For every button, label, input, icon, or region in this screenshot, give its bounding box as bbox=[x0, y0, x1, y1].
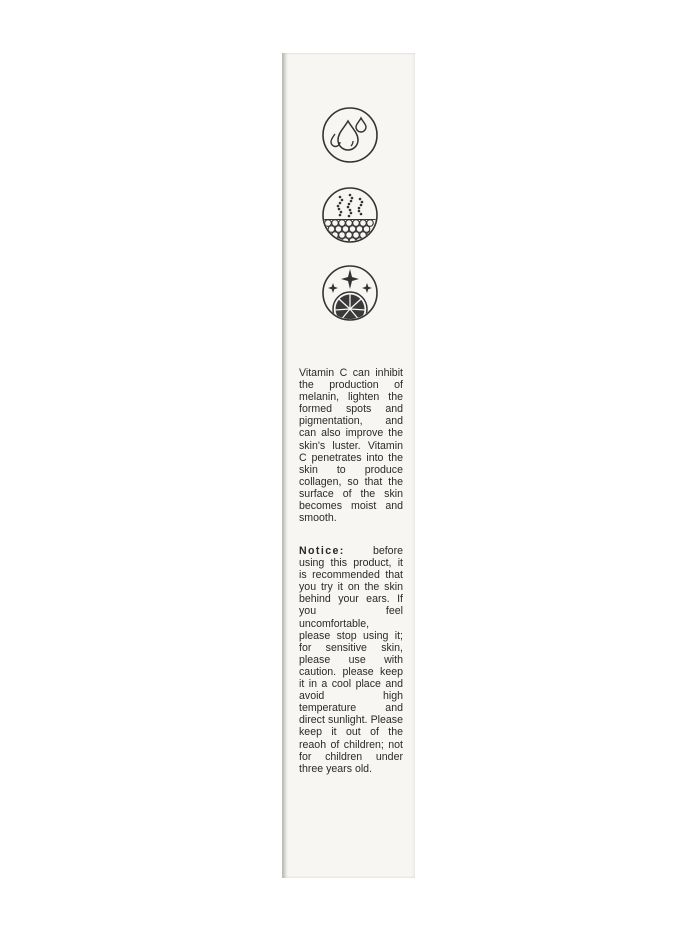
notice-paragraph: Notice: before using this product, it is… bbox=[299, 545, 403, 775]
notice-label: Notice: bbox=[299, 545, 345, 557]
notice-text: before using this product, it is recomme… bbox=[299, 545, 403, 775]
citrus-sparkle-icon bbox=[320, 263, 380, 323]
product-description: Vitamin C can inhibit the production of … bbox=[299, 367, 403, 524]
product-box-side-panel: Vitamin C can inhibit the production of … bbox=[282, 53, 415, 878]
skin-absorption-icon bbox=[320, 185, 380, 245]
water-drops-icon bbox=[320, 105, 380, 165]
